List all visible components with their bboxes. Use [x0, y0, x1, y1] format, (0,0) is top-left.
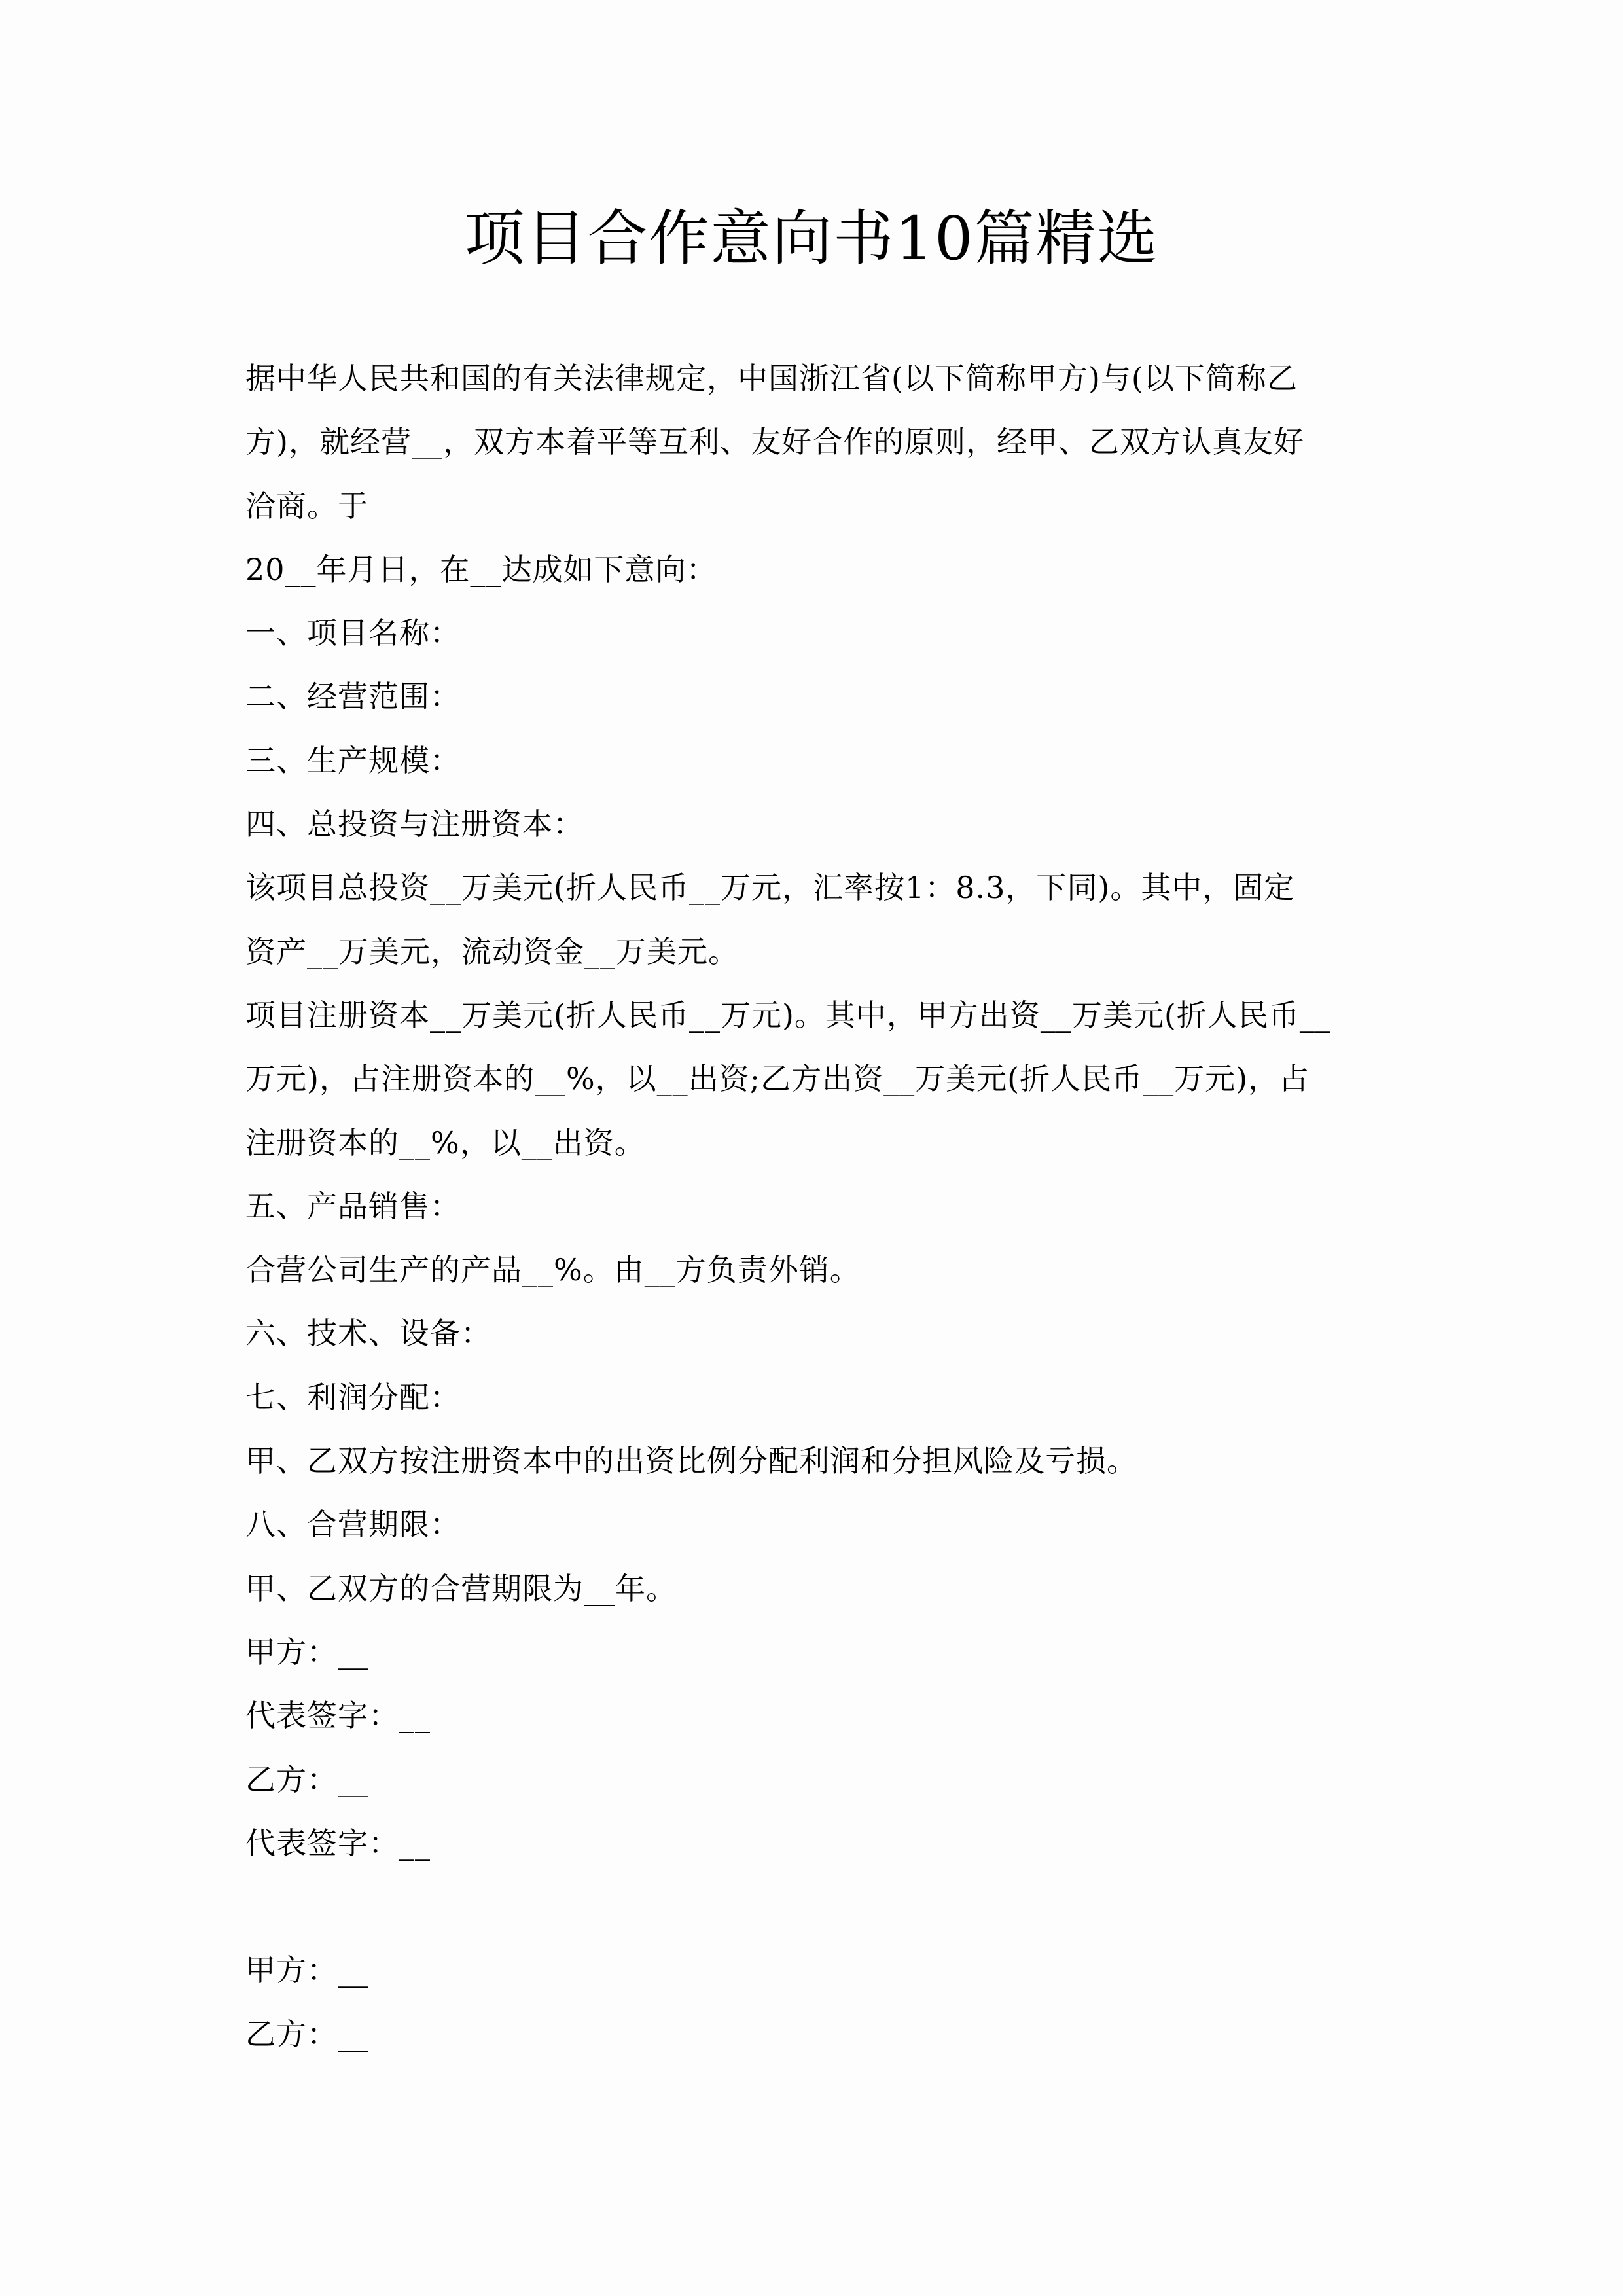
- registered-capital-line-3: 注册资本的__%，以__出资。: [245, 1111, 1384, 1175]
- section-heading-business-scope: 二、经营范围：: [245, 665, 1384, 728]
- date-location-line: 20__年月日，在__达成如下意向：: [245, 538, 1384, 601]
- paragraph-intro-line-2: 方)，就经营__，双方本着平等互利、友好合作的原则，经甲、乙双方认真友好: [245, 410, 1384, 474]
- party-a-signature-label: 代表签字：__: [245, 1684, 1384, 1748]
- party-a-label: 甲方：__: [245, 1621, 1384, 1684]
- section-heading-investment-capital: 四、总投资与注册资本：: [245, 793, 1384, 856]
- section-heading-technology-equipment: 六、技术、设备：: [245, 1302, 1384, 1365]
- paragraph-intro-line-1: 据中华人民共和国的有关法律规定，中国浙江省(以下简称甲方)与(以下简称乙: [245, 347, 1384, 410]
- investment-paragraph-line-2: 资产__万美元，流动资金__万美元。: [245, 920, 1384, 984]
- investment-paragraph-line-1: 该项目总投资__万美元(折人民币__万元，汇率按1：8.3，下同)。其中，固定: [245, 856, 1384, 920]
- product-sales-text: 合营公司生产的产品__%。由__方负责外销。: [245, 1238, 1384, 1302]
- document-title: 项目合作意向书10篇精选: [0, 200, 1623, 278]
- section-heading-product-sales: 五、产品销售：: [245, 1175, 1384, 1238]
- party-b-signature-label: 代表签字：__: [245, 1812, 1384, 1875]
- section-heading-joint-venture-term: 八、合营期限：: [245, 1493, 1384, 1556]
- section-heading-profit-distribution: 七、利润分配：: [245, 1366, 1384, 1429]
- blank-line: [245, 1875, 1384, 1939]
- section-heading-project-name: 一、项目名称：: [245, 601, 1384, 665]
- party-b-footer-label: 乙方：__: [245, 2003, 1384, 2066]
- registered-capital-line-1: 项目注册资本__万美元(折人民币__万元)。其中，甲方出资__万美元(折人民币_…: [245, 984, 1384, 1047]
- joint-venture-term-text: 甲、乙双方的合营期限为__年。: [245, 1557, 1384, 1621]
- party-a-footer-label: 甲方：__: [245, 1939, 1384, 2002]
- paragraph-intro-line-3: 洽商。于: [245, 475, 1384, 538]
- registered-capital-line-2: 万元)，占注册资本的__%，以__出资;乙方出资__万美元(折人民币__万元)，…: [245, 1047, 1384, 1111]
- document-body: 据中华人民共和国的有关法律规定，中国浙江省(以下简称甲方)与(以下简称乙 方)，…: [245, 347, 1384, 2066]
- document-page: 项目合作意向书10篇精选 据中华人民共和国的有关法律规定，中国浙江省(以下简称甲…: [0, 0, 1623, 2296]
- profit-distribution-text: 甲、乙双方按注册资本中的出资比例分配利润和分担风险及亏损。: [245, 1429, 1384, 1493]
- section-heading-production-scale: 三、生产规模：: [245, 729, 1384, 793]
- party-b-label: 乙方：__: [245, 1748, 1384, 1812]
